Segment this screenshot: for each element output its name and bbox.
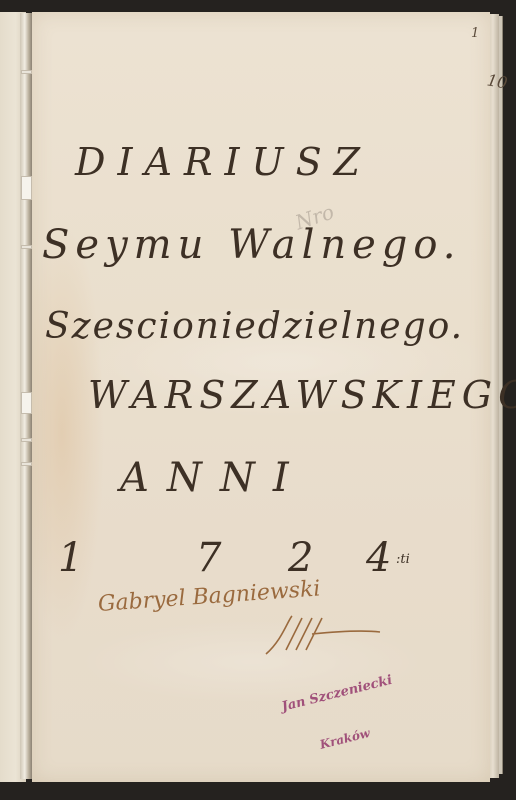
binding-knot [21, 438, 32, 442]
binding-knot [21, 245, 32, 249]
year-digit-1: 1 [58, 535, 83, 581]
edge-mark: 10 [486, 70, 509, 92]
title-line-seymu-walnego: Seymu Walnego. [42, 222, 462, 268]
signature-paraph-icon [262, 610, 382, 660]
folio-mark: 1 [471, 26, 479, 41]
binding-knot [21, 70, 32, 74]
title-line-warszawskiego: WARSZAWSKIEGO. [88, 373, 516, 417]
year-digit-2: 7 [196, 535, 221, 581]
year-digit-4: 4 [366, 535, 391, 581]
title-line-szescioniedzielnego: Szescioniedzielnego. [45, 306, 464, 347]
binding-thread [21, 392, 32, 414]
title-line-anni: ANNI [120, 455, 307, 501]
binding-knot [21, 462, 32, 466]
year-suffix: :ti [396, 552, 410, 567]
year-digit-3: 2 [288, 535, 313, 581]
binding-thread [21, 176, 32, 200]
title-line-diariusz: DIARIUSZ [75, 140, 372, 184]
